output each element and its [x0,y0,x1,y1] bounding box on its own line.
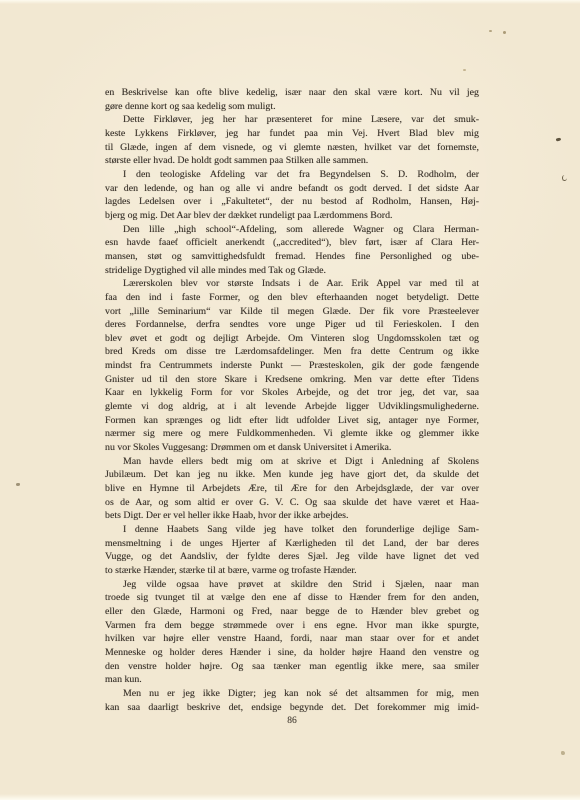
text-line: gøre denne kort og saa kedelig som mulig… [105,100,479,114]
paper-speck [16,483,20,486]
text-line: største eller hvad. De holdt godt sammen… [105,154,479,168]
paragraph: Lærerskolen blev vor største Indsats i d… [105,277,479,455]
text-line: Jeg vilde ogsaa have prøvet at skildre d… [105,578,479,592]
text-line: faa den ind i faste Former, og den blev … [105,291,479,305]
text-line: mensmeltning i de unges Hjerter af Kærli… [105,537,479,551]
text-line: blive en Hymne til Arbejdets Ære, til Ær… [105,482,479,496]
text-line: esn havde faaet officielt anerkendt („ac… [105,236,479,250]
text-line: nu vor Skoles Vuggesang: Drømmen om et d… [105,441,479,455]
text-line: Menneske og holder deres Hænder i sine, … [105,646,479,660]
text-line: stridelige Dygtighed vil alle mindes med… [105,264,479,278]
paragraph: en Beskrivelse kan ofte blive kedelig, i… [105,86,479,113]
text-line: Gnister ud til den store Skare i Kredsen… [105,373,479,387]
text-line: I den teologiske Afdeling var det fra Be… [105,168,479,182]
page-number: 86 [105,716,479,726]
text-line: I denne Haabets Sang vilde jeg have tolk… [105,523,479,537]
text-line: bred Kreds om disse tre Lærdomsafdelinge… [105,345,479,359]
text-line: vort „lille Seminarium“ var Kilde til me… [105,305,479,319]
paper-speck [463,69,466,71]
paper-speck [556,137,562,141]
paper-speck [489,30,492,32]
paragraph: Man havde ellers bedt mig om at skrive e… [105,455,479,523]
text-line: mindst fra Centrummets inderste Punkt — … [105,359,479,373]
text-block: en Beskrivelse kan ofte blive kedelig, i… [105,86,479,714]
text-line: bets Digt. Der er vel heller ikke Haab, … [105,509,479,523]
scanned-book-page: en Beskrivelse kan ofte blive kedelig, i… [0,0,580,800]
text-line: Varmen fra dem begge strømmede over i en… [105,619,479,633]
text-line: kan saa daarligt beskrive det, endsige b… [105,701,479,715]
text-line: keste Lykkens Firkløver, jeg har fundet … [105,127,479,141]
paper-speck [503,31,506,34]
text-line: glemte vi dog aldrig, at i alt levende A… [105,400,479,414]
text-line: bjerg og mig. Det Aar blev der dækket ru… [105,209,479,223]
text-line: Jubilæum. Det kan jeg nu ikke. Men kunde… [105,468,479,482]
text-line: var den ledende, og han og alle vi andre… [105,182,479,196]
text-line: lagdes Ledelsen over i „Fakultetet“, der… [105,195,479,209]
paragraph: Jeg vilde ogsaa have prøvet at skildre d… [105,578,479,687]
text-line: nærmer sig mere og mere Fuldkommenheden.… [105,427,479,441]
text-line: til Glæde, ingen af dem visnede, og vi g… [105,141,479,155]
paragraph: Den lille „high school“-Afdeling, som al… [105,223,479,278]
text-line: Man havde ellers bedt mig om at skrive e… [105,455,479,469]
text-line: Den lille „high school“-Afdeling, som al… [105,223,479,237]
text-line: man kun. [105,673,479,687]
paper-speck [561,751,565,755]
text-line: Vugge, og det Aandsliv, der fyldte deres… [105,550,479,564]
text-line: Men nu er jeg ikke Digter; jeg kan nok s… [105,687,479,701]
text-line: os de Aar, og som altid er over G. V. C.… [105,496,479,510]
text-line: Kaar en lykkelig Form for vor Skoles Arb… [105,386,479,400]
text-line: blev øvet et godt og dejligt Arbejde. Om… [105,332,479,346]
text-line: eller den Glæde, Harmoni og Fred, naar b… [105,605,479,619]
text-line: Dette Firkløver, jeg her har præsenteret… [105,113,479,127]
paragraph: Men nu er jeg ikke Digter; jeg kan nok s… [105,687,479,714]
text-line: deres Fordannelse, derfra sendtes vore u… [105,318,479,332]
text-line: Lærerskolen blev vor største Indsats i d… [105,277,479,291]
text-line: mansen, støt og samvittighedsfuldt frema… [105,250,479,264]
paper-speck [562,175,567,181]
text-line: Formen kan sprænges og lidt efter lidt u… [105,414,479,428]
text-line: en Beskrivelse kan ofte blive kedelig, i… [105,86,479,100]
text-line: to stærke Hænder, stærke til at bære, va… [105,564,479,578]
text-line: troede sig tvunget til at vælge den ene … [105,591,479,605]
paragraph: I den teologiske Afdeling var det fra Be… [105,168,479,223]
text-line: den venstre holder højre. Og saa tænker … [105,660,479,674]
paragraph: I denne Haabets Sang vilde jeg have tolk… [105,523,479,578]
paragraph: Dette Firkløver, jeg her har præsenteret… [105,113,479,168]
paper-speck [176,238,178,240]
text-line: hvilken var højre eller venstre Haand, f… [105,632,479,646]
